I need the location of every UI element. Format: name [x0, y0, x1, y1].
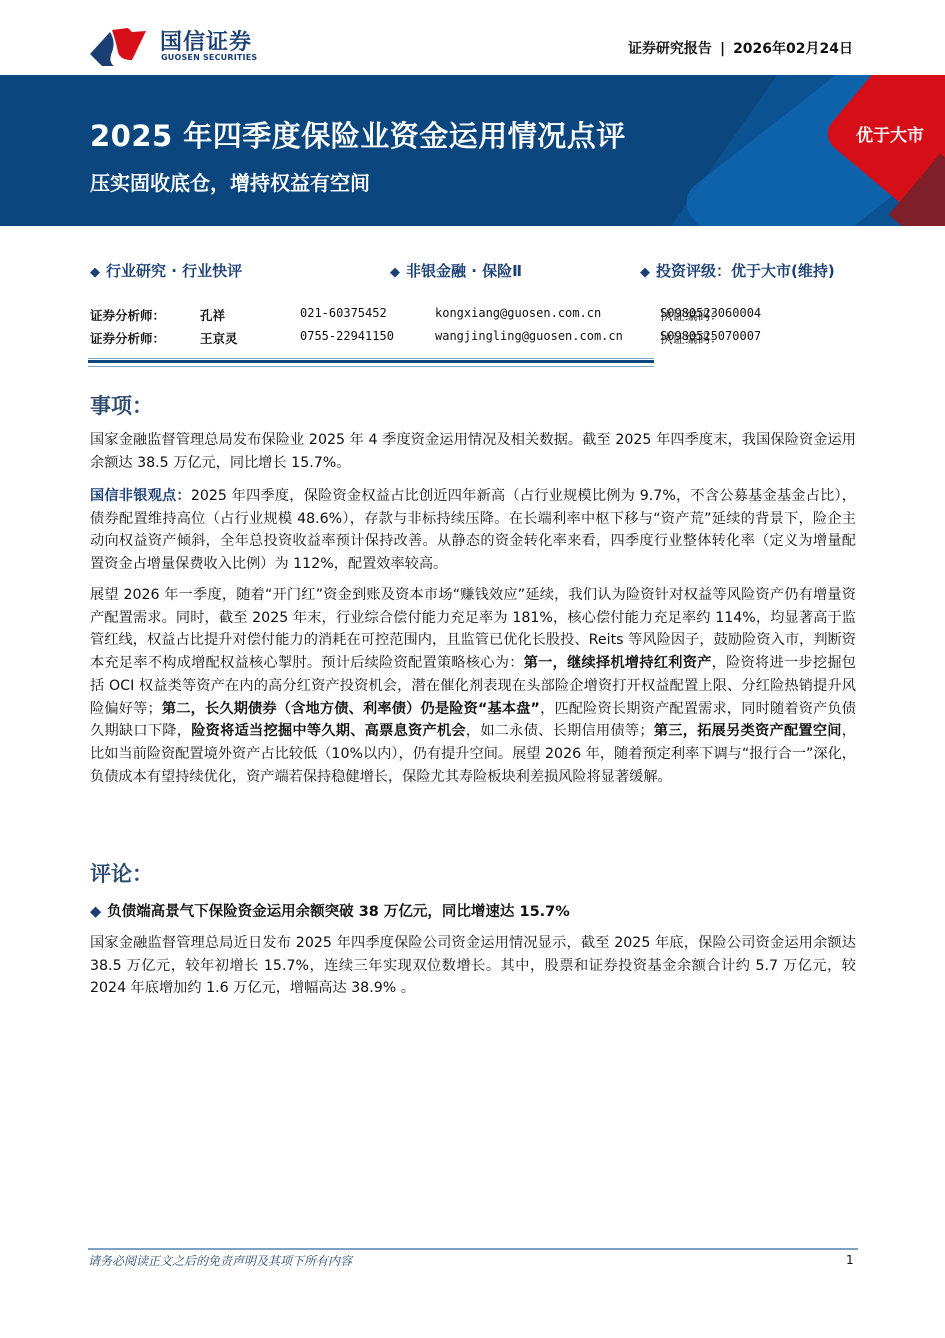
category-sector: ◆非银金融 · 保险Ⅱ	[390, 260, 522, 281]
diamond-icon: ◆	[90, 904, 101, 920]
section-divider	[88, 358, 654, 367]
outlook-point-3: 第三，拓展另类资产配置空间	[654, 723, 842, 739]
section-heading-comment: 评论：	[90, 858, 153, 888]
category-label: 行业研究 · 行业快评	[106, 262, 242, 280]
view-lead: 国信非银观点：	[90, 488, 191, 504]
analyst-phone: 0755-22941150	[300, 329, 394, 343]
report-title: 2025 年四季度保险业资金运用情况点评	[90, 114, 626, 155]
report-subtitle: 压实固收底仓，增持权益有空间	[90, 167, 370, 196]
analyst-role: 证券分析师：	[90, 329, 165, 347]
cert-number: S0980523060004	[660, 306, 761, 320]
logo-name-cn: 国信证券	[160, 25, 252, 56]
cert-number: S0980525070007	[660, 329, 761, 343]
comment-bullet-text: 负债端高景气下保险资金运用余额突破 38 万亿元，同比增速达 15.7%	[107, 904, 570, 920]
meta-separator: |	[720, 41, 725, 57]
outlook-point-2b: 险资将适当挖掘中等久期、高票息资产机会	[191, 723, 466, 739]
event-paragraph: 国家金融监督管理总局发布保险业 2025 年 4 季度资金运用情况及相关数据。截…	[90, 429, 856, 474]
view-paragraph: 国信非银观点：2025 年四季度，保险资金权益占比创近四年新高（占行业规模比例为…	[90, 485, 856, 576]
analyst-name: 孔祥	[200, 306, 225, 324]
page-number: 1	[846, 1253, 854, 1267]
comment-paragraph: 国家金融监督管理总局近日发布 2025 年四季度保险公司资金运用情况显示，截至 …	[90, 932, 856, 1000]
footer-divider	[88, 1248, 858, 1250]
analyst-email[interactable]: kongxiang@guosen.com.cn	[435, 306, 601, 320]
view-body: 2025 年四季度，保险资金权益占比创近四年新高（占行业规模比例为 9.7%，不…	[90, 488, 856, 572]
rating-badge: 优于大市	[856, 121, 924, 146]
report-date: 2026年02月24日	[733, 41, 853, 57]
report-type: 证券研究报告	[628, 41, 712, 57]
guosen-logo-icon	[88, 22, 158, 68]
comment-bullet: ◆负债端高景气下保险资金运用余额突破 38 万亿元，同比增速达 15.7%	[90, 900, 570, 921]
report-meta: 证券研究报告|2026年02月24日	[628, 38, 853, 58]
section-heading-event: 事项：	[90, 390, 153, 420]
diamond-icon: ◆	[640, 265, 650, 280]
logo-name-en: GUOSEN SECURITIES	[161, 53, 257, 62]
analyst-phone: 021-60375452	[300, 306, 387, 320]
analyst-email[interactable]: wangjingling@guosen.com.cn	[435, 329, 623, 343]
category-rating: ◆投资评级：优于大市(维持)	[640, 260, 835, 281]
diamond-icon: ◆	[90, 265, 100, 280]
outlook-paragraph: 展望 2026 年一季度，随着“开门红”资金到账及资本市场“赚钱效应”延续，我们…	[90, 584, 856, 788]
outlook-text: ，如二永债、长期信用债等；	[466, 723, 654, 739]
footer-disclaimer: 请务必阅读正文之后的免责声明及其项下所有内容	[88, 1252, 352, 1269]
diamond-icon: ◆	[390, 265, 400, 280]
category-label: 投资评级：优于大市(维持)	[656, 262, 835, 280]
category-label: 非银金融 · 保险Ⅱ	[406, 262, 522, 280]
outlook-point-1: 第一，继续择机增持红利资产	[524, 655, 712, 671]
category-industry-research: ◆行业研究 · 行业快评	[90, 260, 242, 281]
analyst-name: 王京灵	[200, 329, 238, 347]
analyst-role: 证券分析师：	[90, 306, 165, 324]
outlook-point-2: 第二，长久期债券（含地方债、利率债）仍是险资“基本盘”	[162, 701, 540, 717]
